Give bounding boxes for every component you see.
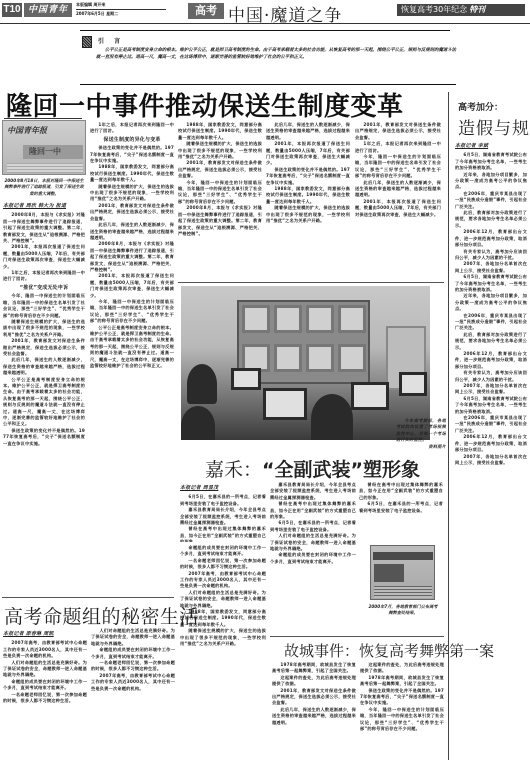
newspaper-clipping-photo: 中国青年报 隆回一中	[2, 120, 86, 175]
series-badge: 恢复高考30年纪念特刊	[397, 4, 525, 16]
mingti-col-1: 本报记者 原春琳 周凯 2007年高考，由教育部考试中心命题工作的专家人员近30…	[3, 628, 87, 760]
sidebar-paragraph: 2007年，各地加分名单首次在网上公示，接受社会监督。	[455, 383, 527, 396]
jiahe-paragraph: 6月5日，在嘉禾县的一所考点，记者看到考场里安装了电子监控设备。	[270, 520, 356, 533]
sidebar-paragraph: 2006年12月，教育部出台文件，进一步规范高考加分政策，取消部分加分项目。	[455, 351, 527, 370]
main-article-paragraph: 2000年8月，本报与《求实报》对隆回一中保送生舞弊事件进行了追踪报道，引起了保…	[3, 212, 85, 244]
sidebar-paragraph: 2007年，各地加分名单首次在网上公示，接受社会监督。	[455, 454, 527, 467]
section-logo: 高考	[188, 3, 224, 19]
sidebar-byline: 本报记者 李斌	[455, 143, 527, 149]
sidebar-headline: 造假与规范	[458, 114, 530, 139]
wall-screen	[338, 305, 366, 333]
mingti-paragraph: 命题组的成员要在封闭的环境中工作一个多月，直到考试结束才能离开。	[180, 545, 266, 558]
gucheng-paragraph: 今年，隆回一中保送生的计划面临压缩，当年隆回一中的保送生名单引发了社会议论，那些…	[360, 707, 444, 733]
intro-text: 公平公正是高考制度安身立命的根本。维护公平公正，就是捍卫高考制度的生命。由于高考…	[96, 47, 458, 61]
sidebar-paragraph: 此后，教育部对加分政策进行了规范，要求各地加分考生名单必须公示。	[455, 332, 527, 351]
main-article-col-3: 1988年，国家教委发文，同意部分高校试行保送生制度。1990年代，保送生数量一…	[178, 122, 262, 282]
wall-screen	[274, 344, 302, 372]
gucheng-paragraph: 1978年高考期间，故城县发生了恢复高考后第一起舞弊案，引起了全国关注。	[360, 675, 444, 688]
mingti-top-rule	[2, 597, 174, 598]
gucheng-top-rule	[270, 636, 444, 637]
editor-line: 本版编辑 周开来	[76, 2, 166, 8]
gucheng-paragraph: 这起案件的查处，为此后高考违规处理提供了依据。	[360, 662, 444, 675]
main-article-paragraph: 随着保送生规模的扩大，保送生的选拔中出现了很多不规范的现象，一些学校利用“推优”…	[266, 205, 350, 224]
jiahe-paragraph: 嘉禾县教育局局长介绍，今年全县考点全部安装了视频监控系统，考生进入考场前需经过金…	[180, 507, 266, 526]
main-article-paragraph: 保送生政策的变化并不是偶然的。1977年恢复高考后，“尖子”保送名额制度一直在争…	[3, 428, 85, 447]
main-article-paragraph: 今年，隆回一中保送生的计划面临压缩，当年隆回一中的保送生名单引发了社会议论，那些…	[178, 180, 262, 206]
main-article-paragraph: 1年之后，本报记者再次来到隆回一中进行了回访。	[3, 270, 85, 283]
mingti-paragraph: 2007年高考，由教育部考试中心命题工作的专家人员近3000名人，其中还有一些是…	[3, 640, 87, 659]
mingti-paragraph: 一名命题老师回忆说，第一次参加命题的时候，很多人都不习惯这种生活。	[91, 660, 175, 673]
main-article-col-4: 此后几年，保送生的人数逐渐减少，保送生资格的审查越来越严格，选拔过程越来越透明。…	[266, 122, 350, 282]
main-article-byline: 本报记者 周欣 韩大为 报道	[3, 203, 85, 209]
sidebar-paragraph: 有关专家认为，高考加分应该回归公平，减少人为因素的干扰。	[455, 370, 527, 383]
wall-screen	[242, 305, 270, 333]
jiahe-col-2: 嘉禾县教育局局长介绍，今年全县考点全部安装了视频监控系统，考生进入考场前需经过金…	[270, 482, 356, 622]
jiahe-paragraph: 曾经在高考中出现过集体舞弊的嘉禾县，如今正在用“全副武装”的方式重塑自己的形象。	[270, 501, 356, 520]
date-line: 2007年6月5日 星期二	[76, 9, 166, 17]
main-article-paragraph: 随着保送生规模的扩大，保送生的选拔中出现了很多不规范的现象，一些学校利用“推优”…	[90, 184, 174, 203]
wall-screen	[338, 344, 366, 372]
gucheng-paragraph: 2001年，教育部发文对保送生条件做出严格规定，保送生选拔必须公示，接受社会监督…	[272, 688, 356, 707]
operator-person	[181, 406, 215, 440]
main-article-col-5: 2001年，教育部发文对保送生条件做出严格规定，保送生选拔必须公示，接受社会监督…	[355, 122, 441, 282]
jiahe-byline: 本报记者 周显茂	[180, 485, 266, 491]
sidebar-paragraph: 此后，教育部对加分政策进行了规范，要求各地加分考生名单必须公示。	[455, 210, 527, 229]
monitoring-room-photo	[181, 286, 430, 440]
clipping-headline: 隆回一中	[23, 145, 83, 159]
clipping-image	[374, 564, 404, 582]
gucheng-paragraph: 这起案件的查处，为此后高考违规处理提供了依据。	[272, 675, 356, 688]
sidebar-article-body: 本报记者 李斌 6月5日，湖南省教育考试院公布了今年高考加分考生名单，一些考生的…	[455, 140, 527, 760]
sidebar-paragraph: 6月5日，湖南省教育考试院公布了今年高考加分考生名单，一些考生的加分资格被取消。	[455, 396, 527, 415]
mingti-paragraph: 2007年高考，由教育部考试中心命题工作的专家人员近3000名人，其中还有一些是…	[180, 571, 266, 590]
jiahe-headline-pre: 嘉禾：	[205, 459, 262, 481]
sidebar-paragraph: 6月5日，湖南省教育考试院公布了今年高考加分考生名单，一些考生的加分资格被取消。	[455, 274, 527, 293]
desk-monitor	[263, 388, 307, 420]
sidebar-paragraph: 2006年12月，教育部出台文件，进一步规范高考加分政策，取消部分加分项目。	[455, 434, 527, 453]
sidebar-paragraph: 2006年12月，教育部出台文件，进一步规范高考加分政策，取消部分加分项目。	[455, 229, 527, 248]
desk-monitor	[351, 382, 389, 410]
desk-monitor	[231, 368, 261, 390]
jiahe-col-1: 本报记者 周显茂 6月5日，在嘉禾县的一所考点，记者看到考场里安装了电子监控设备…	[180, 482, 266, 542]
gucheng-paragraph: 1978年高考期间，故城县发生了恢复高考后第一起舞弊案，引起了全国关注。	[272, 662, 356, 675]
mingti-paragraph: 1988年，国家教委发文，同意部分高校试行保送生制度。1990年代，保送生数量一…	[180, 609, 266, 628]
jiahe-paragraph: 嘉禾县教育局局长介绍，今年全县考点全部安装了视频监控系统，考生进入考场前需经过金…	[270, 482, 356, 501]
jiahe-paragraph: 命题组的成员要在封闭的环境中工作一个多月，直到考试结束才能离开。	[270, 552, 356, 565]
sidebar-paragraph: 近年来，各地加分项目繁多，加分政策一度成为高考公平的争议焦点。	[455, 172, 527, 191]
clipping-text-lines	[374, 586, 432, 598]
mingti-col-2: 人们对命题组的生活总是充满好奇。为了保证试卷的安全，命题教师一进入命题基地就与外…	[91, 628, 175, 760]
wall-screen	[306, 344, 334, 372]
main-article-paragraph: 2001年，教育部发文对保送生条件做出严格规定，保送生选拔必须公示，接受社会监督…	[355, 122, 441, 141]
main-article-paragraph: 2001年，教育部发文对保送生条件做出严格规定，保送生选拔必须公示，接受社会监督…	[90, 203, 174, 222]
jiahe-paragraph: 6月5日，在嘉禾县的一所考点，记者看到考场里安装了电子监控设备。	[180, 494, 266, 507]
main-article-subhead: “推优”变成无处申诉	[3, 285, 85, 291]
gucheng-col-1: 1978年高考期间，故城县发生了恢复高考后第一起舞弊案，引起了全国关注。 这起案…	[272, 662, 356, 760]
jiahe-paragraph: 曾经在高考中出现过集体舞弊的嘉禾县，如今正在用“全副武装”的方式重塑自己的形象。	[359, 482, 443, 501]
main-article-paragraph: 2000年8月，本报与《求实报》对隆回一中保送生舞弊事件进行了追踪报道，引起了保…	[90, 241, 174, 273]
main-article-paragraph: 1年之后，本报记者再次来到隆回一中进行了回访。	[90, 122, 174, 135]
main-article-paragraph: 保送生政策的变化并不是偶然的。1977年恢复高考后，“尖子”保送名额制度一直在争…	[90, 145, 174, 164]
page-masthead: T10 中国青年报 本版编辑 周开来 2007年6月5日 星期二 高考 中国·魔…	[0, 0, 530, 24]
monitor-photo-caption: 今年高考期间，各地考试院均设置了考场视频监控中心，对每一个考场进行实时监控。 资…	[396, 418, 446, 454]
monitor-caption-credit: 资料图片	[396, 444, 446, 450]
sidebar-paragraph: 6月5日，湖南省教育考试院公布了今年高考加分考生名单，一些考生的加分资格被取消。	[455, 152, 527, 171]
main-article-paragraph: 2000年8月，本报与《求实报》对隆回一中保送生舞弊事件进行了追踪报道，引起了保…	[178, 205, 262, 237]
clipping-masthead: 中国青年报	[7, 125, 47, 136]
main-article-paragraph: 2001年，教育部发文对保送生条件做出严格规定，保送生选拔必须公示，接受社会监督…	[178, 160, 262, 179]
sidebar-paragraph: 近年来，各地加分项目繁多，加分政策一度成为高考公平的争议焦点。	[455, 293, 527, 312]
mingti-paragraph: 命题组的成员要在封闭的环境中工作一个多月，直到考试结束才能离开。	[91, 647, 175, 660]
sidebar-paragraph: 2007年，各地加分名单首次在网上公示，接受社会监督。	[455, 261, 527, 274]
series-badge-emphasis: 特刊	[469, 5, 485, 14]
operator-person	[311, 394, 353, 440]
desk-monitor	[399, 372, 427, 396]
mingti-paragraph: 人们对命题组的生活总是充满好奇。为了保证试卷的安全，命题教师一进入命题基地就与外…	[91, 628, 175, 647]
jiahe-headline: 嘉禾：“全副武装”塑形象	[205, 455, 420, 482]
jiahe-col-3: 曾经在高考中出现过集体舞弊的嘉禾县，如今正在用“全副武装”的方式重塑自己的形象。…	[359, 482, 443, 542]
mingti-paragraph: 一名命题老师回忆说，第一次参加命题的时候，很多人都不习惯这种生活。	[180, 558, 266, 571]
series-badge-label: 恢复高考30年纪念	[401, 5, 467, 14]
main-article-paragraph: 此后几年，保送生的人数逐渐减少，保送生资格的审查越来越严格，选拔过程越来越透明。	[355, 180, 441, 199]
monitor-caption-text: 今年高考期间，各地考试院均设置了考场视频监控中心，对每一个考场进行实时监控。	[396, 418, 446, 444]
main-article-paragraph: 今年，隆回一中保送生的计划面临压缩，当年隆回一中的保送生名单引发了社会议论，那些…	[3, 293, 85, 319]
masthead-info: 本版编辑 周开来 2007年6月5日 星期二	[76, 2, 166, 17]
clipping-text-lines	[7, 163, 83, 173]
mingti-paragraph: 2007年高考，由教育部考试中心命题工作的专家人员近3000名人，其中还有一些是…	[91, 673, 175, 692]
main-article-paragraph: 保送生政策的变化并不是偶然的。1977年恢复高考后，“尖子”保送名额制度一直在争…	[266, 167, 350, 186]
main-article-paragraph: 随着保送生规模的扩大，保送生的选拔中出现了很多不规范的现象，一些学校利用“推优”…	[3, 319, 85, 338]
jiahe-paragraph: 6月5日，在嘉禾县的一所考点，记者看到考场里安装了电子监控设备。	[359, 501, 443, 514]
newspaper-logo: 中国青年报	[24, 3, 72, 17]
intro-box: 引 言 公平公正是高考制度安身立命的根本。维护公平公正，就是捍卫高考制度的生命。…	[82, 34, 458, 82]
main-article-paragraph: 随着保送生规模的扩大，保送生的选拔中出现了很多不规范的现象，一些学校利用“推优”…	[178, 141, 262, 160]
photo-top-rule	[178, 282, 444, 283]
sidebar-paragraph: 在2006年，重庆市某县出现了一批“民族成分造假”事件，引起社会广泛关注。	[455, 191, 527, 210]
main-article-paragraph: 2001年，本报再次报道了保送生问题，数量由5000人压缩，7年后，有关部门对保…	[3, 244, 85, 270]
page-number: T10	[2, 3, 22, 17]
clipping-caption: 2000年8月18日，本报对隆回一中保送生舞弊事件进行了追踪报道，引发了保送生政…	[4, 178, 84, 197]
main-article-paragraph: 1988年，国家教委发文，同意部分高校试行保送生制度。1990年代，保送生数量一…	[178, 122, 262, 141]
operator-person	[187, 364, 217, 404]
intro-top-rule	[80, 30, 450, 31]
main-article-col-2: 1年之后，本报记者再次来到隆回一中进行了回访。 保送生制度的异化与变革 保送生政…	[90, 122, 174, 542]
main-article-col-1: 本报记者 周欣 韩大为 报道 2000年8月，本报与《求实报》对隆回一中保送生舞…	[3, 200, 85, 540]
main-article-paragraph: 公平公正是高考制度安身立命的根本。维护公平公正，就是捍卫高考制度的生命。由于高考…	[90, 325, 174, 370]
mingti-paragraph: 命题组的成员要在封闭的环境中工作一个多月，直到考试结束才能离开。	[3, 679, 87, 692]
main-article-paragraph: 今年，隆回一中保送生的计划面临压缩，当年隆回一中的保送生名单引发了社会议论，那些…	[355, 154, 441, 180]
main-article-paragraph: 2001年，教育部发文对保送生条件做出严格规定，保送生选拔必须公示，接受社会监督…	[3, 338, 85, 357]
mingti-paragraph: 随着保送生规模的扩大，保送生的选拔中出现了很多不规范的现象，一些学校利用“推优”…	[180, 628, 266, 647]
wall-screen	[274, 305, 302, 333]
main-article-paragraph: 今年，隆回一中保送生的计划面临压缩，当年隆回一中的保送生名单引发了社会议论，那些…	[90, 299, 174, 325]
mingti-paragraph: 一名命题老师回忆说，第一次参加命题的时候，很多人都不习惯这种生活。	[3, 692, 87, 705]
main-article-paragraph: 1年之后，本报记者再次来到隆回一中进行了回访。	[355, 141, 441, 154]
main-article-paragraph: 此后几年，保送生的人数逐渐减少，保送生资格的审查越来越严格，选拔过程越来越透明。	[266, 122, 350, 141]
main-article-paragraph: 此后几年，保送生的人数逐渐减少，保送生资格的审查越来越严格，选拔过程越来越透明。	[3, 357, 85, 376]
main-article-paragraph: 2001年，本报再次报道了保送生问题，数量由5000人压缩，7年后，有关部门对保…	[355, 199, 441, 218]
jiahe-headline-quote: “全副武装”塑形象	[262, 459, 420, 481]
main-article-subhead: 保送生制度的异化与变革	[90, 137, 174, 143]
gucheng-paragraph: 此后几年，保送生的人数逐渐减少，保送生资格的审查越来越严格，选拔过程越来越透明。	[272, 707, 356, 726]
main-article-paragraph: 公平公正是高考制度安身立命的根本。维护公平公正，就是捍卫高考制度的生命。由于高考…	[3, 377, 85, 428]
jiahe-paragraph: 人们对命题组的生活总是充满好奇。为了保证试卷的安全，命题教师一进入命题基地就与外…	[270, 533, 356, 552]
clipping-header	[373, 552, 433, 560]
sidebar-paragraph: 有关专家认为，高考加分应该回归公平，减少人为因素的干扰。	[455, 249, 527, 262]
exam-paper-caption: 2000年7月，各地教育部门公布高考舞弊查处结果。	[368, 604, 438, 617]
gucheng-paragraph: 保送生政策的变化并不是偶然的。1977年恢复高考后，“尖子”保送名额制度一直在争…	[360, 688, 444, 707]
gucheng-col-2: 这起案件的查处，为此后高考违规处理提供了依据。 1978年高考期间，故城县发生了…	[360, 662, 444, 760]
main-article-paragraph: 2001年，本报再次报道了保送生问题，数量由5000人压缩，7年后，有关部门对保…	[266, 141, 350, 167]
mingti-byline: 本报记者 原春琳 周凯	[3, 631, 87, 637]
mingti-headline: 高考命题组的秘密生活	[4, 602, 199, 629]
main-article-paragraph: 2001年，本报再次报道了保送生问题，数量由5000人压缩，7年后，有关部门对保…	[90, 273, 174, 299]
headline-rule	[4, 118, 82, 119]
mingti-paragraph: 人们对命题组的生活总是充满好奇。为了保证试卷的安全，命题教师一进入命题基地就与外…	[3, 660, 87, 679]
intro-label: 引 言	[98, 36, 124, 45]
sidebar-kicker: 高考加分：	[458, 100, 503, 113]
wall-screen	[306, 305, 334, 333]
intro-stamp-icon	[82, 36, 92, 48]
jiahe-paragraph: 曾经在高考中出现过集体舞弊的嘉禾县，如今正在用“全副武装”的方式重塑自己的形象。	[180, 526, 266, 542]
main-article-paragraph: 此后几年，保送生的人数逐渐减少，保送生资格的审查越来越严格，选拔过程越来越透明。	[90, 222, 174, 241]
main-article-paragraph: 1988年，国家教委发文，同意部分高校试行保送生制度。1990年代，保送生数量一…	[266, 186, 350, 205]
exam-news-clipping-photo	[370, 545, 435, 600]
mingti-paragraph: 人们对命题组的生活总是充满好奇。为了保证试卷的安全，命题教师一进入命题基地就与外…	[180, 590, 266, 609]
intro-bottom-rule	[80, 84, 456, 85]
sidebar-paragraph: 在2006年，重庆市某县出现了一批“民族成分造假”事件，引起社会广泛关注。	[455, 415, 527, 434]
mingti-col-3: 命题组的成员要在封闭的环境中工作一个多月，直到考试结束才能离开。 一名命题老师回…	[180, 545, 266, 760]
sidebar-paragraph: 在2006年，重庆市某县出现了一批“民族成分造假”事件，引起社会广泛关注。	[455, 313, 527, 332]
masthead-rule	[0, 23, 530, 24]
main-article-paragraph: 1988年，国家教委发文，同意部分高校试行保送生制度。1990年代，保送生数量一…	[90, 164, 174, 183]
